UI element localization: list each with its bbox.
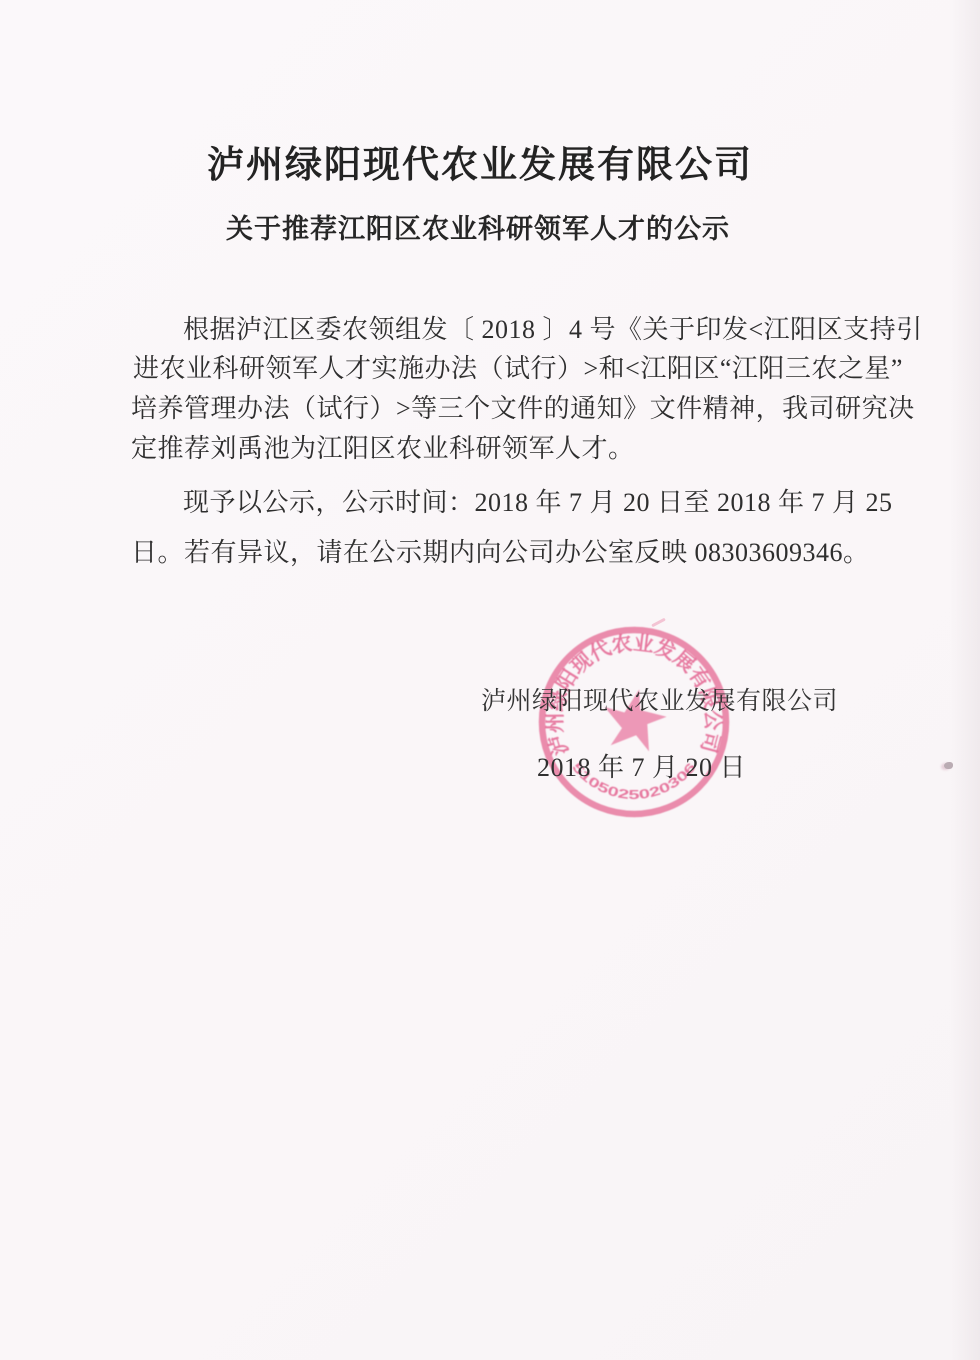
paragraph2-line-2: 日。若有异议，请在公示期内向公司办公室反映 08303609346。 (131, 536, 870, 570)
signature-company: 泸州绿阳现代农业发展有限公司 (481, 681, 838, 717)
signature-date: 2018 年 7 月 20 日 (537, 747, 746, 784)
paragraph2-line-1: 现予以公示，公示时间：2018 年 7 月 20 日至 2018 年 7 月 2… (183, 486, 893, 520)
paragraph1-line-2: 进农业科研领军人才实施办法（试行）>和<江阳区“江阳三农之星” (133, 352, 903, 386)
scan-edge-shadow (950, 0, 980, 1360)
company-seal-stamp: 泸州绿阳现代农业发展有限公司 5105025020306 (534, 622, 734, 822)
page-title: 泸州绿阳现代农业发展有限公司 (0, 134, 960, 188)
paragraph1-line-3: 培养管理办法（试行）>等三个文件的通知》文件精神，我司研究决 (131, 392, 915, 426)
scan-ink-speck (944, 762, 953, 769)
paragraph1-line-4: 定推荐刘禹池为江阳区农业科研领军人才。 (131, 432, 635, 466)
page-subtitle: 关于推荐江阳区农业科研领军人才的公示 (0, 207, 956, 246)
scanned-document-page: 泸州绿阳现代农业发展有限公司 关于推荐江阳区农业科研领军人才的公示 根据泸江区委… (0, 0, 980, 1360)
paragraph1-line-1: 根据泸江区委农领组发〔 2018 〕4 号《关于印发<江阳区支持引 (183, 313, 923, 347)
